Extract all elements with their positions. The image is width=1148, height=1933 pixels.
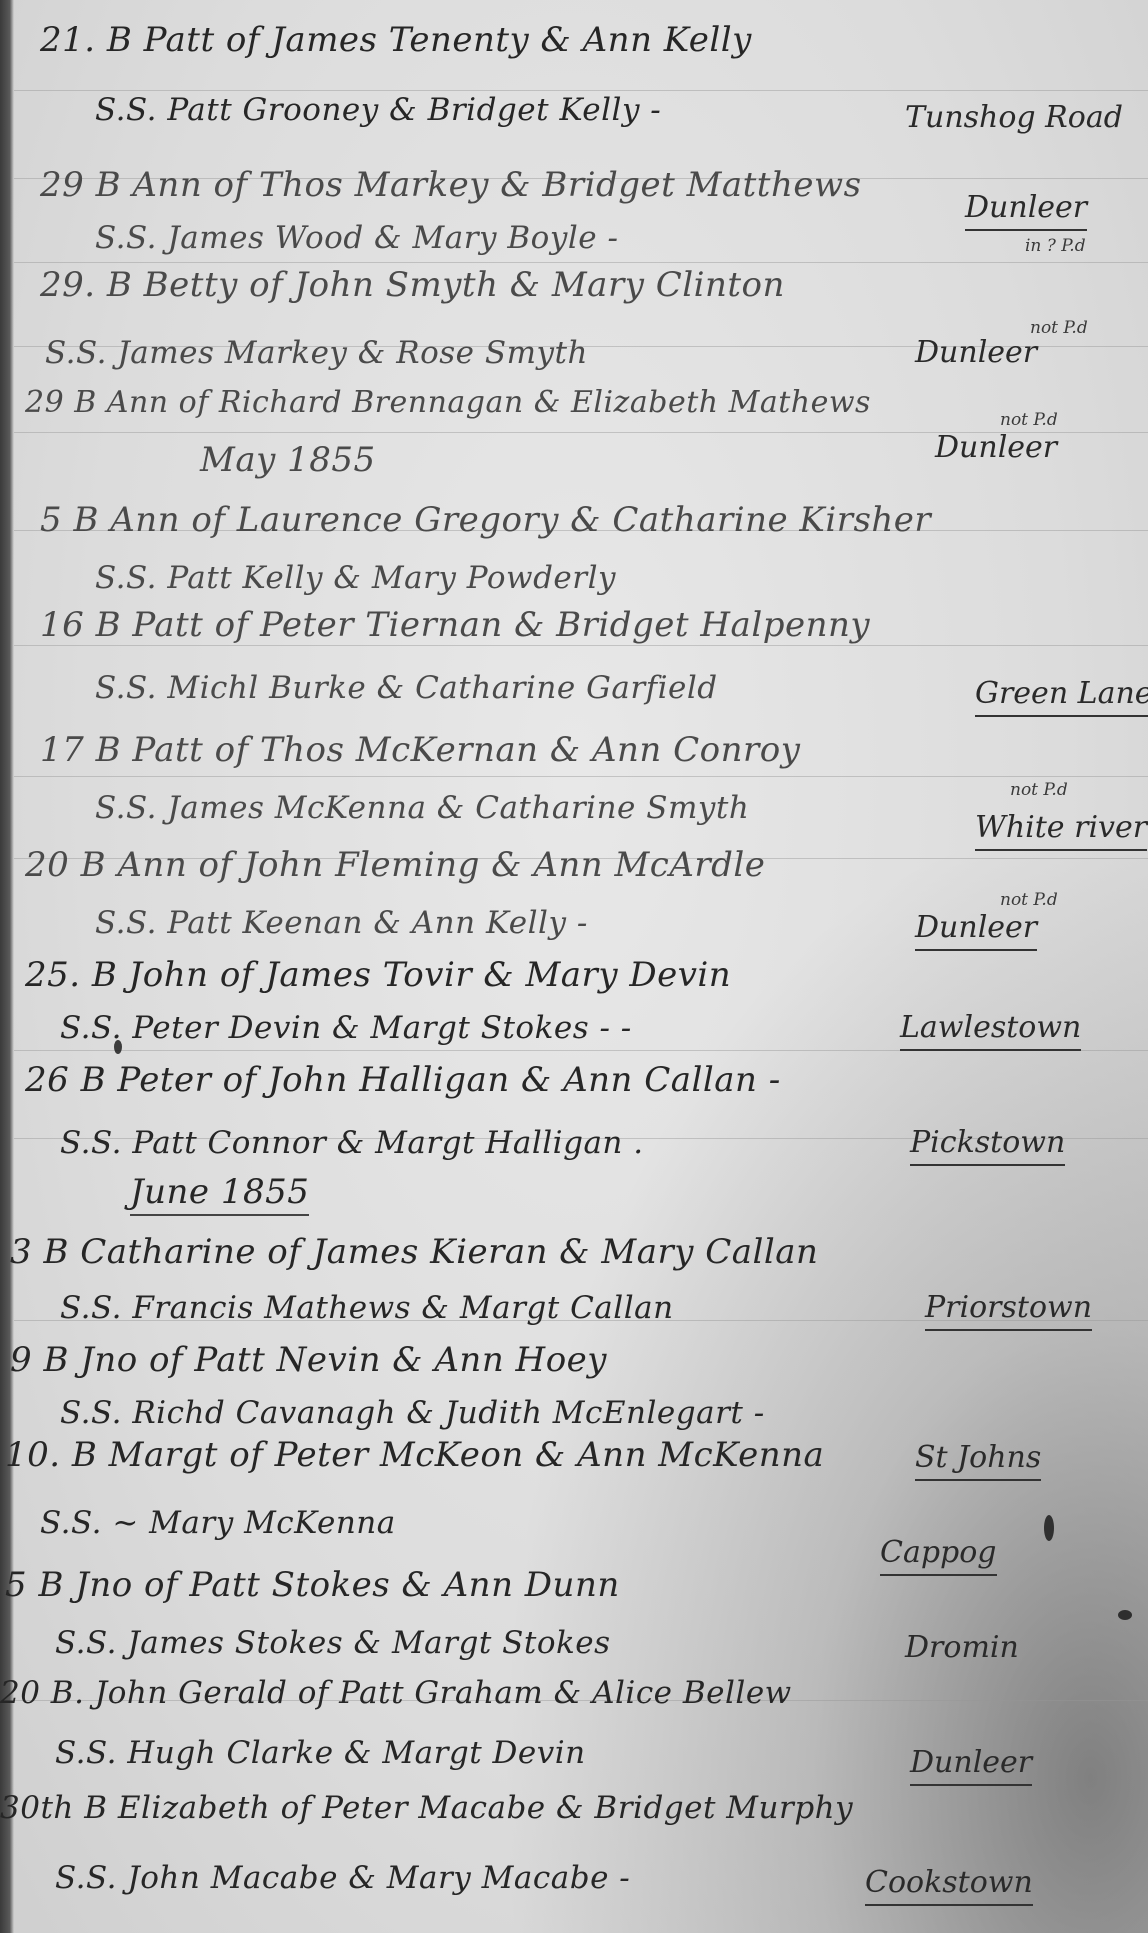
sponsors-line: S.S. Peter Devin & Margt Stokes - - — [60, 1010, 632, 1046]
sponsors-line: S.S. James Markey & Rose Smyth — [45, 335, 588, 371]
sponsors-line: S.S. Francis Mathews & Margt Callan — [60, 1290, 674, 1326]
baptism-line: 16 B Patt of Peter Tiernan & Bridget Hal… — [40, 605, 870, 645]
sponsors-line: S.S. James Stokes & Margt Stokes — [55, 1625, 611, 1661]
ruled-line — [14, 262, 1148, 263]
place-name: Dunleer — [910, 1745, 1032, 1786]
margin-place-note: Cappog — [880, 1535, 997, 1576]
sponsors-line: S.S. ~ Mary McKenna — [40, 1505, 396, 1541]
payment-note: not P.d — [1000, 410, 1058, 430]
month-header: June 1855 — [130, 1172, 309, 1216]
ink-blot — [114, 1040, 122, 1054]
ink-blot — [1118, 1610, 1132, 1620]
baptism-line: 5 B Ann of Laurence Gregory & Catharine … — [40, 500, 931, 540]
place-name: Dunleer — [965, 190, 1087, 231]
sponsors-line: S.S. James McKenna & Catharine Smyth — [95, 790, 749, 826]
place-name: St Johns — [915, 1440, 1041, 1481]
sponsors-line: S.S. John Macabe & Mary Macabe - — [55, 1860, 630, 1896]
baptism-line: 29 B Ann of Richard Brennagan & Elizabet… — [25, 385, 871, 420]
baptism-line: 26 B Peter of John Halligan & Ann Callan… — [25, 1060, 781, 1100]
payment-note: not P.d — [1030, 318, 1088, 338]
baptism-line: 30th B Elizabeth of Peter Macabe & Bridg… — [0, 1790, 853, 1826]
sponsors-line: S.S. Hugh Clarke & Margt Devin — [55, 1735, 586, 1771]
ruled-line — [14, 776, 1148, 777]
payment-note: in ? P.d — [1025, 236, 1086, 256]
sponsors-line: S.S. Patt Grooney & Bridget Kelly - — [95, 92, 661, 128]
baptism-line: 25. B John of James Tovir & Mary Devin — [25, 955, 731, 995]
payment-note: not P.d — [1010, 780, 1068, 800]
place-name: Pickstown — [910, 1125, 1065, 1166]
baptism-line: 5 B Jno of Patt Stokes & Ann Dunn — [5, 1565, 620, 1605]
place-name: Tunshog Road — [905, 100, 1123, 139]
ruled-line — [14, 645, 1148, 646]
sponsors-line: S.S. Patt Connor & Margt Halligan . — [60, 1125, 644, 1161]
sponsors-line: S.S. James Wood & Mary Boyle - — [95, 220, 618, 256]
place-name: Dunleer — [935, 430, 1057, 469]
place-name: Priorstown — [925, 1290, 1092, 1331]
place-name: White river — [975, 810, 1147, 851]
ink-blot — [1044, 1515, 1054, 1541]
baptism-line: 10. B Margt of Peter McKeon & Ann McKenn… — [5, 1435, 824, 1475]
register-page: 21. B Patt of James Tenenty & Ann Kelly … — [0, 0, 1148, 1933]
sponsors-line: S.S. Patt Kelly & Mary Powderly — [95, 560, 616, 596]
sponsors-line: S.S. Michl Burke & Catharine Garfield — [95, 670, 718, 706]
place-name: Dunleer — [915, 910, 1037, 951]
place-name: Green Lane — [975, 676, 1148, 717]
place-name: Dunleer — [915, 335, 1037, 374]
baptism-line: 20 B. John Gerald of Patt Graham & Alice… — [0, 1675, 792, 1711]
sponsors-line: S.S. Patt Keenan & Ann Kelly - — [95, 905, 588, 941]
payment-note: not P.d — [1000, 890, 1058, 910]
baptism-line: 9 B Jno of Patt Nevin & Ann Hoey — [10, 1340, 607, 1380]
binding-edge — [0, 0, 14, 1933]
baptism-line: 29. B Betty of John Smyth & Mary Clinton — [40, 265, 785, 305]
baptism-line: 29 B Ann of Thos Markey & Bridget Matthe… — [40, 165, 862, 205]
baptism-line: 17 B Patt of Thos McKernan & Ann Conroy — [40, 730, 800, 770]
place-name: Lawlestown — [900, 1010, 1081, 1051]
month-header: May 1855 — [200, 440, 376, 480]
place-name: Cookstown — [865, 1865, 1033, 1906]
baptism-line: 20 B Ann of John Fleming & Ann McArdle — [25, 845, 765, 885]
baptism-line: 3 B Catharine of James Kieran & Mary Cal… — [10, 1232, 818, 1272]
baptism-line: 21. B Patt of James Tenenty & Ann Kelly — [40, 20, 752, 60]
place-name: Dromin — [905, 1630, 1019, 1669]
sponsors-line: S.S. Richd Cavanagh & Judith McEnlegart … — [60, 1395, 765, 1431]
ruled-line — [14, 90, 1148, 91]
